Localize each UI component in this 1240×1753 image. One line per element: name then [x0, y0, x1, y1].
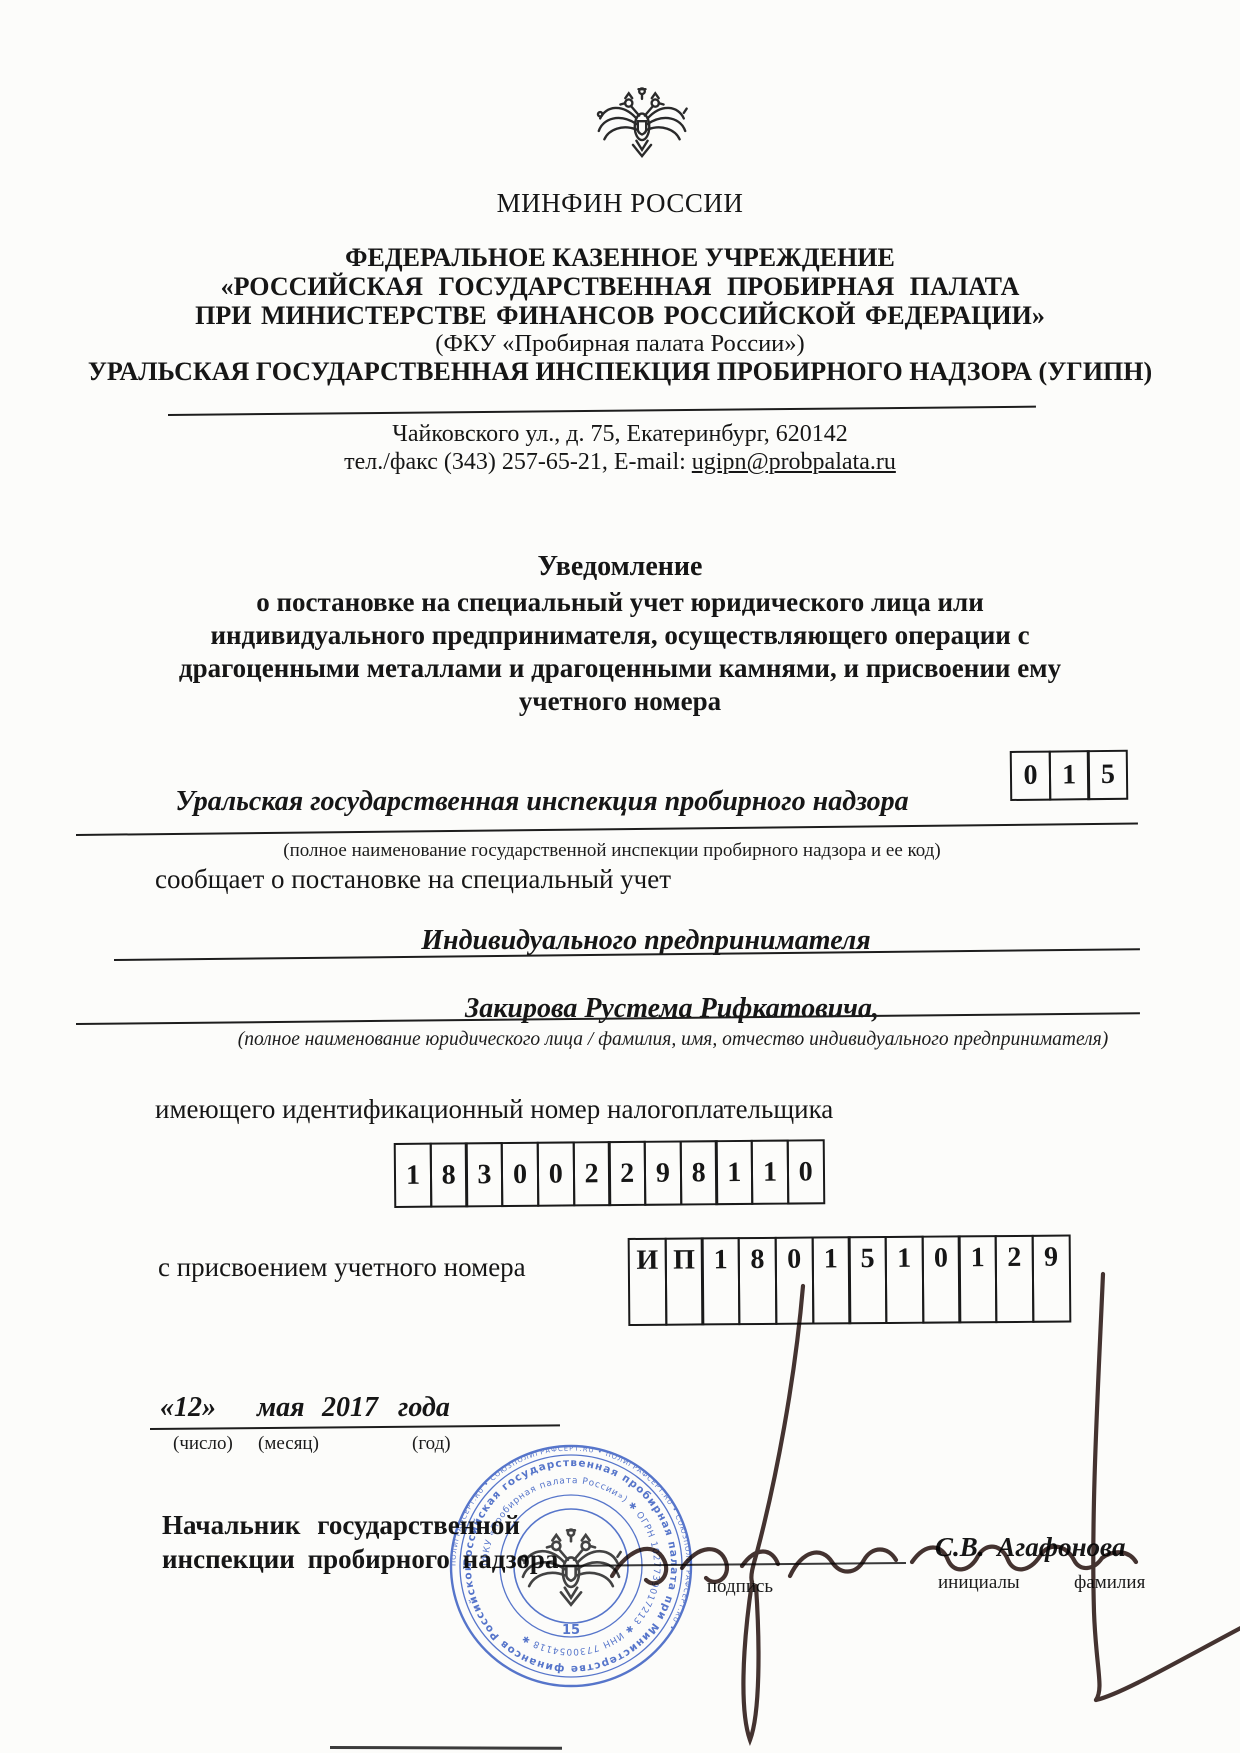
handwritten-signature	[0, 0, 1240, 1753]
scanned-document-page: МИНФИН РОССИИ ФЕДЕРАЛЬНОЕ КАЗЕННОЕ УЧРЕЖ…	[0, 0, 1240, 1753]
